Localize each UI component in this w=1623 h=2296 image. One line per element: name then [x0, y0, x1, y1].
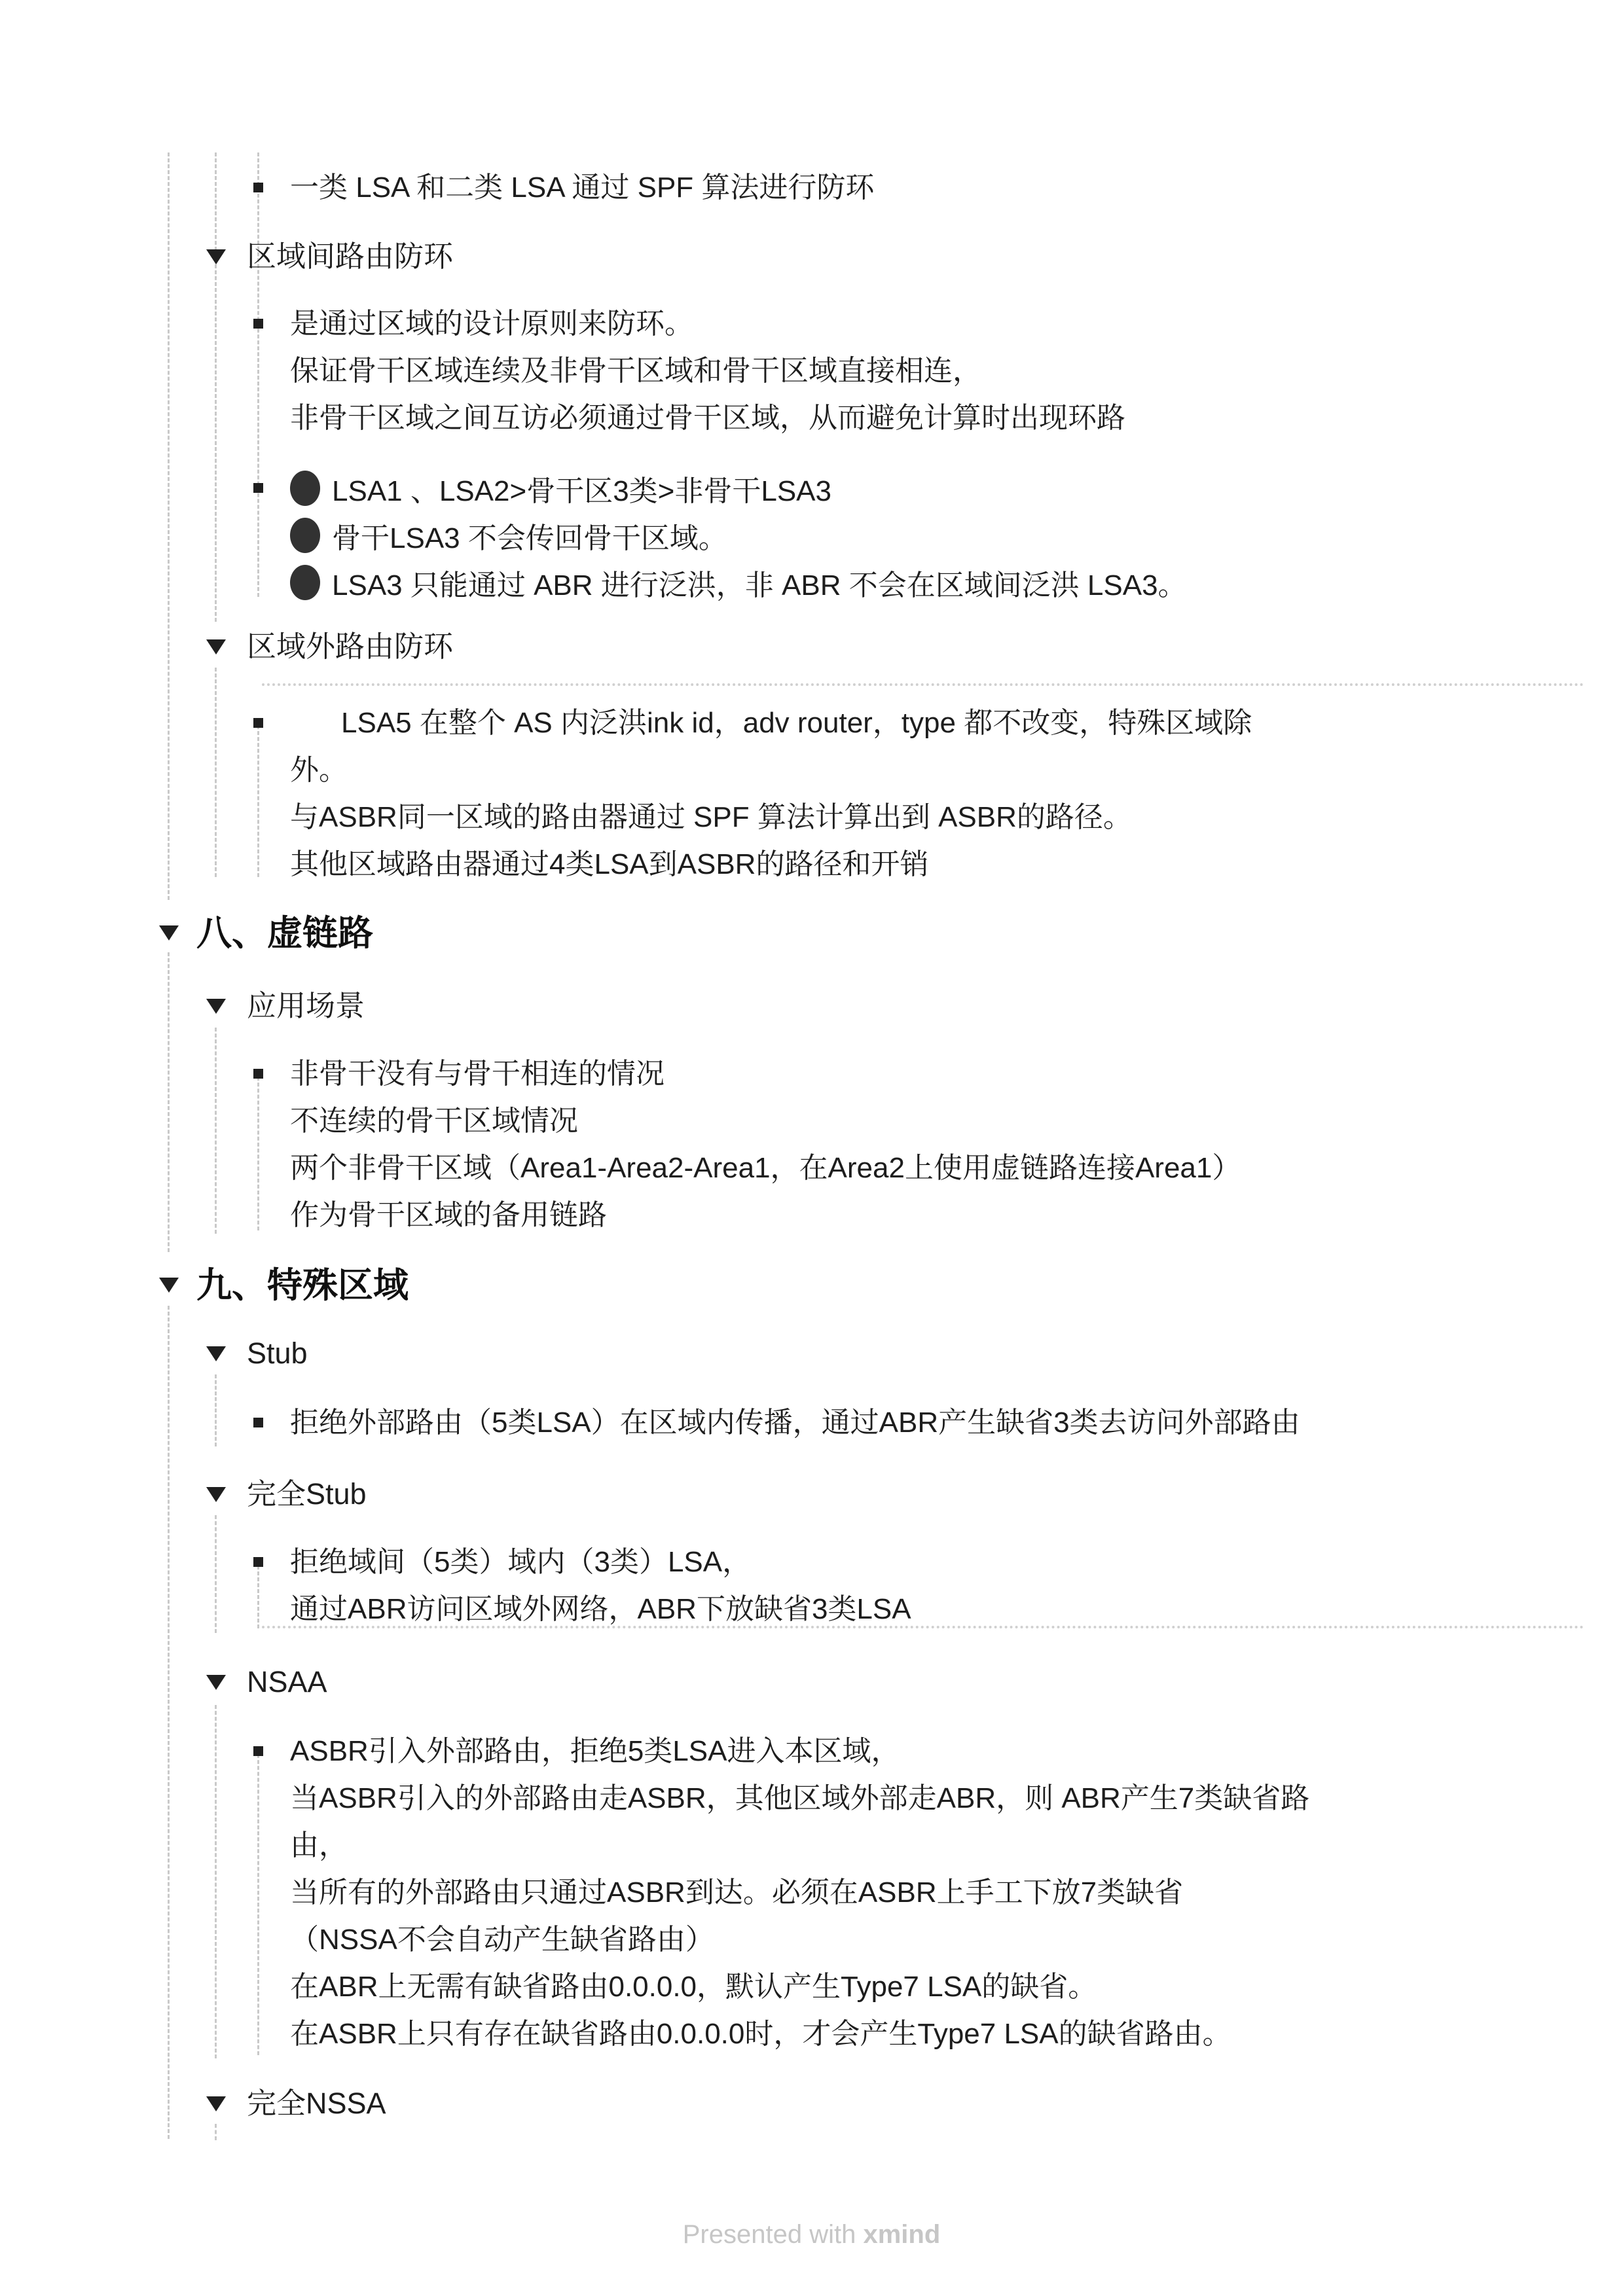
bullet-square-icon	[253, 1418, 263, 1427]
line-text: 两个非骨干区域（Area1-Area2-Area1，在Area2上使用虚链路连接…	[290, 1145, 1241, 1192]
tree-guide-line	[168, 952, 170, 1252]
line-text: LSA5 在整个 AS 内泛洪ink id，adv router，type 都不…	[290, 700, 1252, 747]
line-text: 是通过区域的设计原则来防环。	[290, 300, 1125, 348]
label-text: 区域间路由防环	[247, 233, 453, 280]
label-text: 完全NSSA	[247, 2080, 386, 2127]
note-text: ASBR引入外部路由，拒绝5类LSA进入本区域，当ASBR引入的外部路由走ASB…	[290, 1728, 1309, 2058]
label-text: 区域外路由防环	[247, 623, 453, 670]
topic-label: 完全NSSA	[247, 2080, 386, 2127]
footer-credit: Presented with xmind	[0, 2220, 1623, 2250]
line-text: 非骨干区域之间互访必须通过骨干区域，从而避免计算时出现环路	[290, 395, 1125, 442]
tree-guide-line	[168, 1306, 170, 2139]
tree-guide-line	[215, 668, 217, 877]
circle-list-line: LSA1 、LSA2>骨干区3类>非骨干LSA3	[290, 465, 1187, 512]
tree-guide-line	[257, 1566, 259, 1628]
tree-guide-line	[257, 152, 259, 597]
topic-label: Stub	[247, 1330, 308, 1377]
line-text: 外。	[290, 747, 1252, 794]
section-heading: 九、特殊区域	[196, 1259, 409, 1312]
label-text: 九、特殊区域	[196, 1259, 409, 1312]
line-text: 由，	[290, 1822, 1309, 1869]
circle-list-line: 骨干LSA3 不会传回骨干区域。	[290, 512, 1187, 559]
bullet-square-icon	[253, 483, 263, 493]
tree-guide-line	[257, 1754, 259, 2055]
line-text: 在ASBR上只有存在缺省路由0.0.0.0时，才会产生Type7 LSA的缺省路…	[290, 2011, 1309, 2058]
filled-circle-icon	[290, 565, 320, 600]
line-text: 非骨干没有与骨干相连的情况	[290, 1050, 1241, 1098]
tree-guide-line	[257, 725, 259, 877]
label-text: 应用场景	[247, 982, 365, 1030]
topic-label: 区域外路由防环	[247, 623, 453, 670]
collapse-triangle-icon[interactable]	[206, 1487, 226, 1502]
line-text: 其他区域路由器通过4类LSA到ASBR的路径和开销	[290, 841, 1252, 888]
line-text: 当所有的外部路由只通过ASBR到达。必须在ASBR上手工下放7类缺省	[290, 1869, 1309, 1916]
note-text: 是通过区域的设计原则来防环。保证骨干区域连续及非骨干区域和骨干区域直接相连，非骨…	[290, 300, 1125, 442]
tree-guide-line	[215, 1705, 217, 2058]
line-text: 不连续的骨干区域情况	[290, 1098, 1241, 1145]
footer-text: Presented with	[683, 2220, 864, 2249]
collapse-triangle-icon[interactable]	[206, 999, 226, 1014]
line-text: 当ASBR引入的外部路由走ASBR，其他区域外部走ABR，则 ABR产生7类缺省…	[290, 1775, 1309, 1822]
line-text: 拒绝外部路由（5类LSA）在区域内传播，通过ABR产生缺省3类去访问外部路由	[290, 1399, 1300, 1446]
bullet-square-icon	[253, 1557, 263, 1567]
note-text: 拒绝外部路由（5类LSA）在区域内传播，通过ABR产生缺省3类去访问外部路由	[290, 1399, 1300, 1446]
line-text: 在ABR上无需有缺省路由0.0.0.0，默认产生Type7 LSA的缺省。	[290, 1964, 1309, 2011]
collapse-triangle-icon[interactable]	[206, 1346, 226, 1361]
label-text: 八、虚链路	[196, 907, 373, 960]
collapse-triangle-icon[interactable]	[159, 925, 179, 941]
note-text: 一类 LSA 和二类 LSA 通过 SPF 算法进行防环	[290, 164, 874, 211]
tree-guide-line	[215, 1515, 217, 1633]
note-text: 非骨干没有与骨干相连的情况不连续的骨干区域情况两个非骨干区域（Area1-Are…	[290, 1050, 1241, 1239]
bullet-square-icon	[253, 1746, 263, 1756]
label-text: NSAA	[247, 1659, 327, 1706]
xmind-brand: xmind	[863, 2220, 940, 2249]
tree-guide-line	[257, 1077, 259, 1230]
line-text: 与ASBR同一区域的路由器通过 SPF 算法计算出到 ASBR的路径。	[290, 794, 1252, 841]
page-break-divider	[262, 683, 1584, 686]
topic-label: 应用场景	[247, 982, 365, 1030]
collapse-triangle-icon[interactable]	[206, 249, 226, 264]
bullet-square-icon	[253, 1069, 263, 1079]
tree-guide-line	[215, 1028, 217, 1234]
line-text: 保证骨干区域连续及非骨干区域和骨干区域直接相连，	[290, 348, 1125, 395]
line-text: ASBR引入外部路由，拒绝5类LSA进入本区域，	[290, 1728, 1309, 1775]
filled-circle-icon	[290, 518, 320, 553]
line-text: 骨干LSA3 不会传回骨干区域。	[332, 514, 727, 556]
line-text: LSA3 只能通过 ABR 进行泛洪，非 ABR 不会在区域间泛洪 LSA3。	[332, 562, 1187, 603]
topic-label: 完全Stub	[247, 1471, 367, 1518]
note-text: LSA1 、LSA2>骨干区3类>非骨干LSA3骨干LSA3 不会传回骨干区域。…	[290, 465, 1187, 606]
section-heading: 八、虚链路	[196, 907, 373, 960]
tree-guide-line	[215, 152, 217, 622]
outline-page: 一类 LSA 和二类 LSA 通过 SPF 算法进行防环区域间路由防环是通过区域…	[0, 0, 1623, 2296]
line-text: （NSSA不会自动产生缺省路由）	[290, 1916, 1309, 1964]
topic-label: NSAA	[247, 1659, 327, 1706]
tree-guide-line	[168, 152, 170, 900]
bullet-square-icon	[253, 183, 263, 192]
bullet-square-icon	[253, 718, 263, 728]
collapse-triangle-icon[interactable]	[206, 639, 226, 655]
topic-label: 区域间路由防环	[247, 233, 453, 280]
line-text: LSA1 、LSA2>骨干区3类>非骨干LSA3	[332, 467, 831, 509]
bullet-square-icon	[253, 319, 263, 329]
circle-list-line: LSA3 只能通过 ABR 进行泛洪，非 ABR 不会在区域间泛洪 LSA3。	[290, 559, 1187, 606]
note-text: 拒绝域间（5类）域内（3类）LSA，通过ABR访问区域外网络，ABR下放缺省3类…	[290, 1539, 911, 1633]
label-text: 完全Stub	[247, 1471, 367, 1518]
line-text: 一类 LSA 和二类 LSA 通过 SPF 算法进行防环	[290, 164, 874, 211]
collapse-triangle-icon[interactable]	[159, 1278, 179, 1293]
collapse-triangle-icon[interactable]	[206, 1675, 226, 1690]
filled-circle-icon	[290, 471, 320, 506]
line-text: 作为骨干区域的备用链路	[290, 1192, 1241, 1239]
line-text: 拒绝域间（5类）域内（3类）LSA，	[290, 1539, 911, 1586]
tree-guide-line	[215, 2124, 217, 2140]
line-text: 通过ABR访问区域外网络，ABR下放缺省3类LSA	[290, 1586, 911, 1633]
note-text: LSA5 在整个 AS 内泛洪ink id，adv router，type 都不…	[290, 700, 1252, 888]
collapse-triangle-icon[interactable]	[206, 2096, 226, 2111]
label-text: Stub	[247, 1330, 308, 1377]
tree-guide-line	[215, 1374, 217, 1446]
